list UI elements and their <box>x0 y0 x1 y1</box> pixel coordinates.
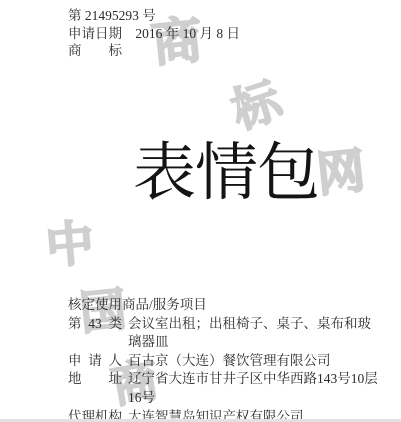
trademark-text: 表情包 <box>133 139 319 208</box>
class-label: 第43类 <box>68 315 122 334</box>
address-label: 地址 <box>68 370 122 389</box>
class-row: 第43类 会议室出租；出租椅子、桌子、桌布和玻璃器皿 <box>68 315 388 352</box>
watermark-char-3: 中 <box>44 220 96 272</box>
applicant-label: 申请人 <box>68 352 122 371</box>
address-row: 地址 辽宁省大连市甘井子区中华西路143号10层16号 <box>68 370 388 407</box>
applicant-row: 申请人 百古京（大连）餐饮管理有限公司 <box>68 352 388 371</box>
application-date-value: 2016 年 10 月 8 日 <box>135 25 240 43</box>
approved-goods-title: 核定使用商品/服务项目 <box>68 296 388 315</box>
watermark-char-1: 标 <box>227 77 287 137</box>
trademark-label: 商标 <box>68 42 122 60</box>
trademark-record-page: 商标网中国商 第 21495293 号 申请日期 2016 年 10 月 8 日… <box>0 0 401 422</box>
trademark-label-line: 商标 <box>68 42 240 60</box>
applicant-value: 百古京（大连）餐饮管理有限公司 <box>128 352 382 371</box>
details-block: 核定使用商品/服务项目 第43类 会议室出租；出租椅子、桌子、桌布和玻璃器皿 申… <box>68 296 388 422</box>
registration-number-line: 第 21495293 号 <box>68 7 240 25</box>
class-services-value: 会议室出租；出租椅子、桌子、桌布和玻璃器皿 <box>128 315 382 352</box>
registration-number: 第 21495293 号 <box>68 8 156 23</box>
record-header: 第 21495293 号 申请日期 2016 年 10 月 8 日 商标 <box>68 7 240 60</box>
address-value: 辽宁省大连市甘井子区中华西路143号10层16号 <box>128 370 382 407</box>
watermark-char-2: 网 <box>315 148 368 201</box>
application-date-label: 申请日期 <box>68 25 122 43</box>
application-date-line: 申请日期 2016 年 10 月 8 日 <box>68 25 240 43</box>
